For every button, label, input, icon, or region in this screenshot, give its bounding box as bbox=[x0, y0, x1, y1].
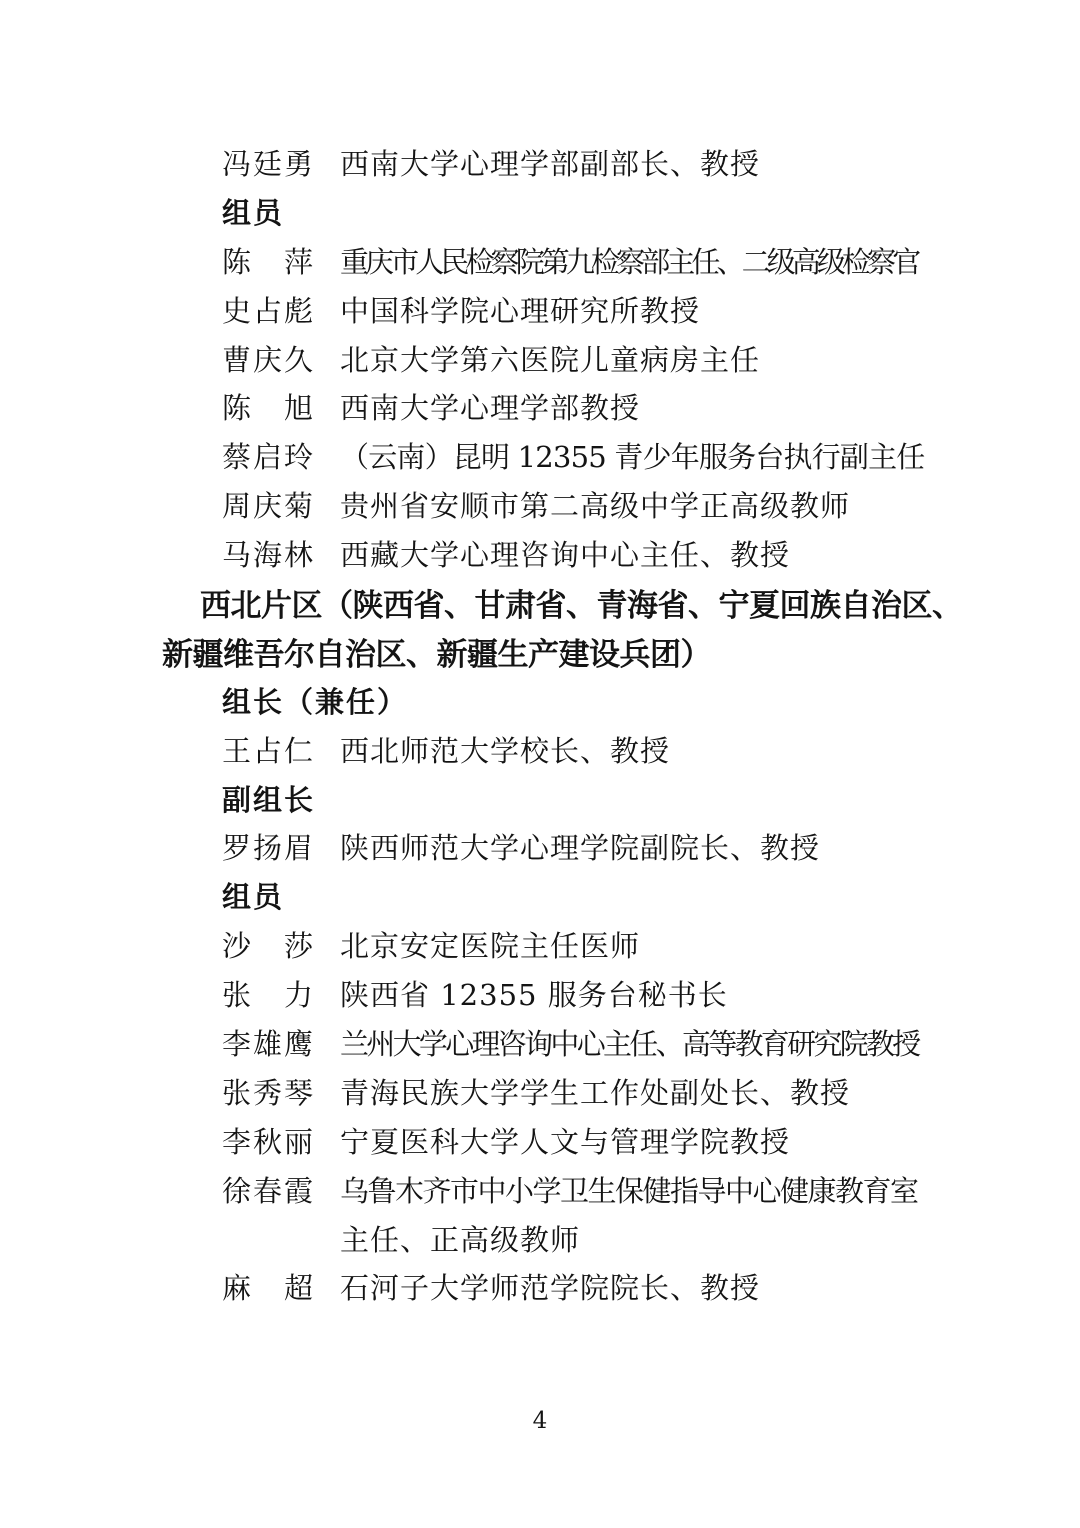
section-heading-row: 新疆维吾尔自治区、新疆生产建设兵团） bbox=[162, 627, 918, 676]
role-label-row: 组长（兼任） bbox=[162, 676, 918, 725]
section-heading-row: 西北片区（陕西省、甘肃省、青海省、宁夏回族自治区、 bbox=[162, 578, 918, 627]
position-continuation-row: 主任、正高级教师 bbox=[162, 1214, 918, 1263]
member-name: 王占仁 bbox=[222, 729, 315, 770]
member-position: 中国科学院心理研究所教授 bbox=[340, 289, 700, 330]
role-label: 副组长 bbox=[222, 778, 315, 819]
member-row: 李秋丽宁夏医科大学人文与管理学院教授 bbox=[162, 1116, 918, 1165]
member-position: 兰州大学心理咨询中心主任、高等教育研究院教授 bbox=[340, 1022, 919, 1063]
member-position: 西北师范大学校长、教授 bbox=[340, 729, 670, 770]
member-position: 贵州省安顺市第二高级中学正高级教师 bbox=[340, 484, 850, 525]
member-position: 陕西省 12355 服务台秘书长 bbox=[340, 973, 728, 1014]
member-name: 罗扬眉 bbox=[222, 826, 315, 867]
role-label-row: 副组长 bbox=[162, 774, 918, 823]
member-row: 陈 旭西南大学心理学部教授 bbox=[162, 382, 918, 431]
role-label-row: 组员 bbox=[162, 871, 918, 920]
member-row: 沙 莎北京安定医院主任医师 bbox=[162, 920, 918, 969]
member-name: 陈 萍 bbox=[222, 240, 315, 281]
member-position: （云南）昆明 12355 青少年服务台执行副主任 bbox=[340, 435, 925, 476]
member-position: 北京大学第六医院儿童病房主任 bbox=[340, 338, 760, 379]
member-name: 麻 超 bbox=[222, 1266, 315, 1307]
member-name: 史占彪 bbox=[222, 289, 315, 330]
member-list: 冯廷勇西南大学心理学部副部长、教授组员陈 萍重庆市人民检察院第九检察部主任、二级… bbox=[162, 138, 918, 1311]
member-row: 徐春霞乌鲁木齐市中小学卫生保健指导中心健康教育室 bbox=[162, 1165, 918, 1214]
member-name: 李秋丽 bbox=[222, 1120, 315, 1161]
member-row: 冯廷勇西南大学心理学部副部长、教授 bbox=[162, 138, 918, 187]
member-position-continued: 主任、正高级教师 bbox=[340, 1218, 580, 1259]
member-name: 马海林 bbox=[222, 533, 315, 574]
member-row: 蔡启玲（云南）昆明 12355 青少年服务台执行副主任 bbox=[162, 431, 918, 480]
member-name: 张 力 bbox=[222, 973, 315, 1014]
member-row: 罗扬眉陕西师范大学心理学院副院长、教授 bbox=[162, 822, 918, 871]
member-position: 西南大学心理学部副部长、教授 bbox=[340, 142, 760, 183]
member-row: 陈 萍重庆市人民检察院第九检察部主任、二级高级检察官 bbox=[162, 236, 918, 285]
member-name: 李雄鹰 bbox=[222, 1022, 315, 1063]
member-name: 周庆菊 bbox=[222, 484, 315, 525]
member-name: 徐春霞 bbox=[222, 1169, 315, 1210]
member-position: 宁夏医科大学人文与管理学院教授 bbox=[340, 1120, 790, 1161]
member-position: 西藏大学心理咨询中心主任、教授 bbox=[340, 533, 790, 574]
member-position: 乌鲁木齐市中小学卫生保健指导中心健康教育室 bbox=[340, 1169, 918, 1210]
role-label: 组长（兼任） bbox=[222, 680, 408, 721]
role-label: 组员 bbox=[222, 191, 284, 232]
role-label: 组员 bbox=[222, 875, 284, 916]
member-row: 马海林西藏大学心理咨询中心主任、教授 bbox=[162, 529, 918, 578]
member-name: 冯廷勇 bbox=[222, 142, 315, 183]
member-row: 周庆菊贵州省安顺市第二高级中学正高级教师 bbox=[162, 480, 918, 529]
member-name: 曹庆久 bbox=[222, 338, 315, 379]
section-heading: 西北片区（陕西省、甘肃省、青海省、宁夏回族自治区、 bbox=[200, 580, 963, 625]
member-position: 青海民族大学学生工作处副处长、教授 bbox=[340, 1071, 850, 1112]
member-row: 史占彪中国科学院心理研究所教授 bbox=[162, 285, 918, 334]
member-row: 张秀琴青海民族大学学生工作处副处长、教授 bbox=[162, 1067, 918, 1116]
member-row: 曹庆久北京大学第六医院儿童病房主任 bbox=[162, 334, 918, 383]
member-row: 李雄鹰兰州大学心理咨询中心主任、高等教育研究院教授 bbox=[162, 1018, 918, 1067]
member-position: 陕西师范大学心理学院副院长、教授 bbox=[340, 826, 820, 867]
member-name: 沙 莎 bbox=[222, 924, 315, 965]
member-position: 石河子大学师范学院院长、教授 bbox=[340, 1266, 760, 1307]
document-page: 冯廷勇西南大学心理学部副部长、教授组员陈 萍重庆市人民检察院第九检察部主任、二级… bbox=[0, 0, 1080, 1528]
member-position: 重庆市人民检察院第九检察部主任、二级高级检察官 bbox=[340, 240, 917, 281]
member-position: 西南大学心理学部教授 bbox=[340, 386, 640, 427]
member-position: 北京安定医院主任医师 bbox=[340, 924, 640, 965]
role-label-row: 组员 bbox=[162, 187, 918, 236]
member-row: 王占仁西北师范大学校长、教授 bbox=[162, 725, 918, 774]
section-heading: 新疆维吾尔自治区、新疆生产建设兵团） bbox=[162, 629, 711, 674]
member-name: 张秀琴 bbox=[222, 1071, 315, 1112]
member-row: 张 力陕西省 12355 服务台秘书长 bbox=[162, 969, 918, 1018]
page-number: 4 bbox=[0, 1408, 1080, 1434]
member-name: 陈 旭 bbox=[222, 386, 315, 427]
member-name: 蔡启玲 bbox=[222, 435, 315, 476]
member-row: 麻 超石河子大学师范学院院长、教授 bbox=[162, 1262, 918, 1311]
